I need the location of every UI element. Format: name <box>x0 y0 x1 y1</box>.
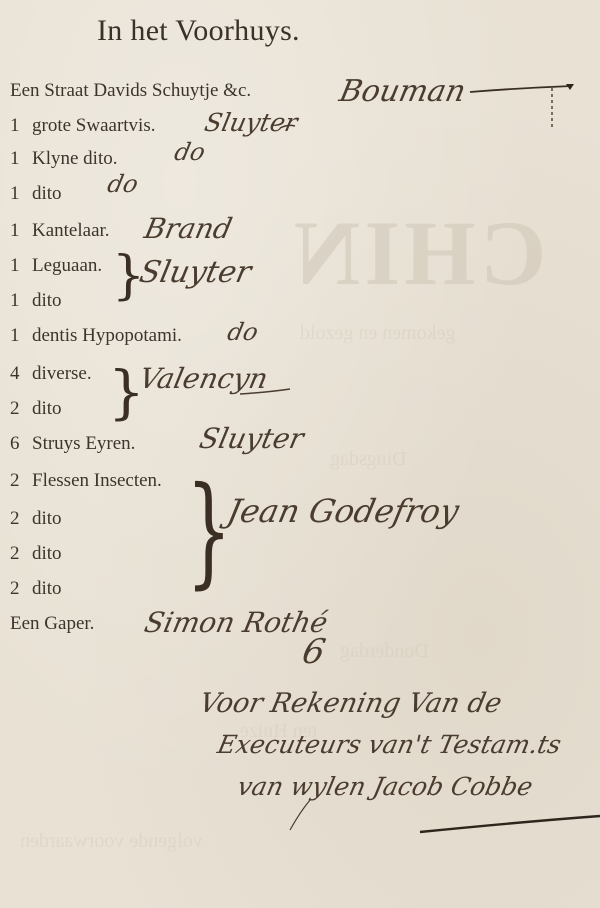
ink-strokes <box>0 0 600 908</box>
document-page: CHIN gekomen en gezold Dingsdag Donderda… <box>0 0 600 908</box>
